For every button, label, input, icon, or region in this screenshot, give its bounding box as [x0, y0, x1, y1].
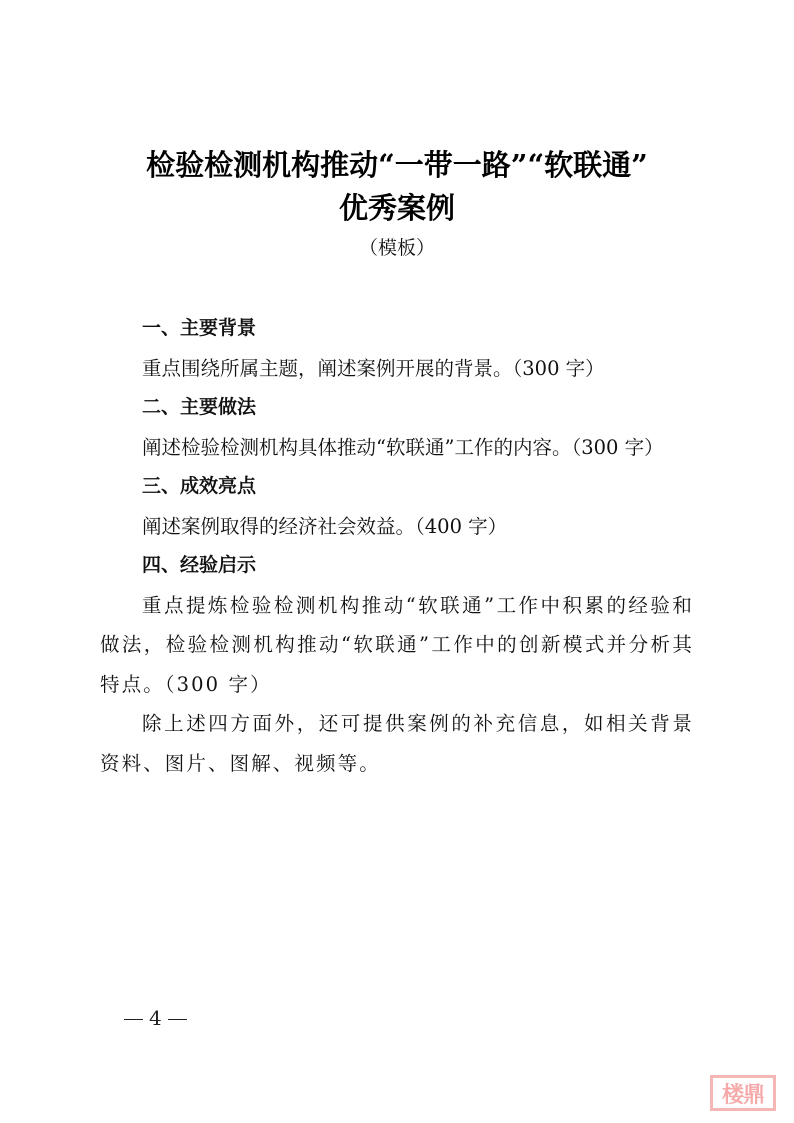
document-page: 检验检测机构推动“一带一路”“软联通” 优秀案例 （模板） 一、主要背景 重点围…	[0, 0, 794, 1123]
section-heading-methods: 二、主要做法	[100, 388, 694, 428]
document-subtitle: （模板）	[0, 233, 794, 260]
page-number-value: 4	[149, 1006, 162, 1030]
dash-left	[124, 1019, 143, 1020]
dash-right	[168, 1019, 187, 1020]
document-title-line1: 检验检测机构推动“一带一路”“软联通”	[0, 143, 794, 184]
closing-note: 除上述四方面外，还可提供案例的补充信息，如相关背景资料、图片、图解、视频等。	[100, 704, 694, 783]
document-title-line2: 优秀案例	[0, 186, 794, 227]
section-body-background: 重点围绕所属主题，阐述案例开展的背景。（300 字）	[100, 349, 694, 389]
document-body: 一、主要背景 重点围绕所属主题，阐述案例开展的背景。（300 字） 二、主要做法…	[100, 309, 694, 783]
section-heading-background: 一、主要背景	[100, 309, 694, 349]
watermark-stamp-icon: 楼鼎	[710, 1075, 776, 1111]
section-body-results: 阐述案例取得的经济社会效益。（400 字）	[100, 507, 694, 547]
page-number: 4	[118, 1006, 193, 1030]
section-heading-results: 三、成效亮点	[100, 467, 694, 507]
section-body-lessons: 重点提炼检验检测机构推动“软联通”工作中积累的经验和做法，检验检测机构推动“软联…	[100, 586, 694, 705]
section-body-methods: 阐述检验检测机构具体推动“软联通”工作的内容。（300 字）	[100, 428, 694, 468]
section-heading-lessons: 四、经验启示	[100, 546, 694, 586]
